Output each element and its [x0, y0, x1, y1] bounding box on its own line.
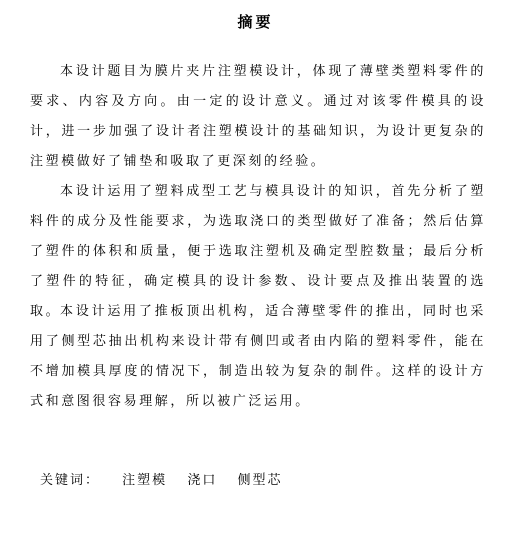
abstract-title: 摘要 [0, 12, 511, 32]
keyword-item: 注塑模 [122, 473, 167, 488]
abstract-paragraph-1: 本设计题目为膜片夹片注塑模设计，体现了薄壁类塑料零件的要求、内容及方向。由一定的… [30, 57, 486, 177]
keywords-label: 关键词： [40, 473, 100, 488]
keyword-item: 浇口 [187, 473, 217, 488]
keywords-line: 关键词： 注塑模 浇口 侧型芯 [40, 472, 296, 490]
keyword-item: 侧型芯 [237, 473, 282, 488]
abstract-paragraph-3: 本设计运用了推板顶出机构，适合薄壁零件的推出，同时也采用了侧型芯抽出机构来设计带… [30, 297, 486, 417]
